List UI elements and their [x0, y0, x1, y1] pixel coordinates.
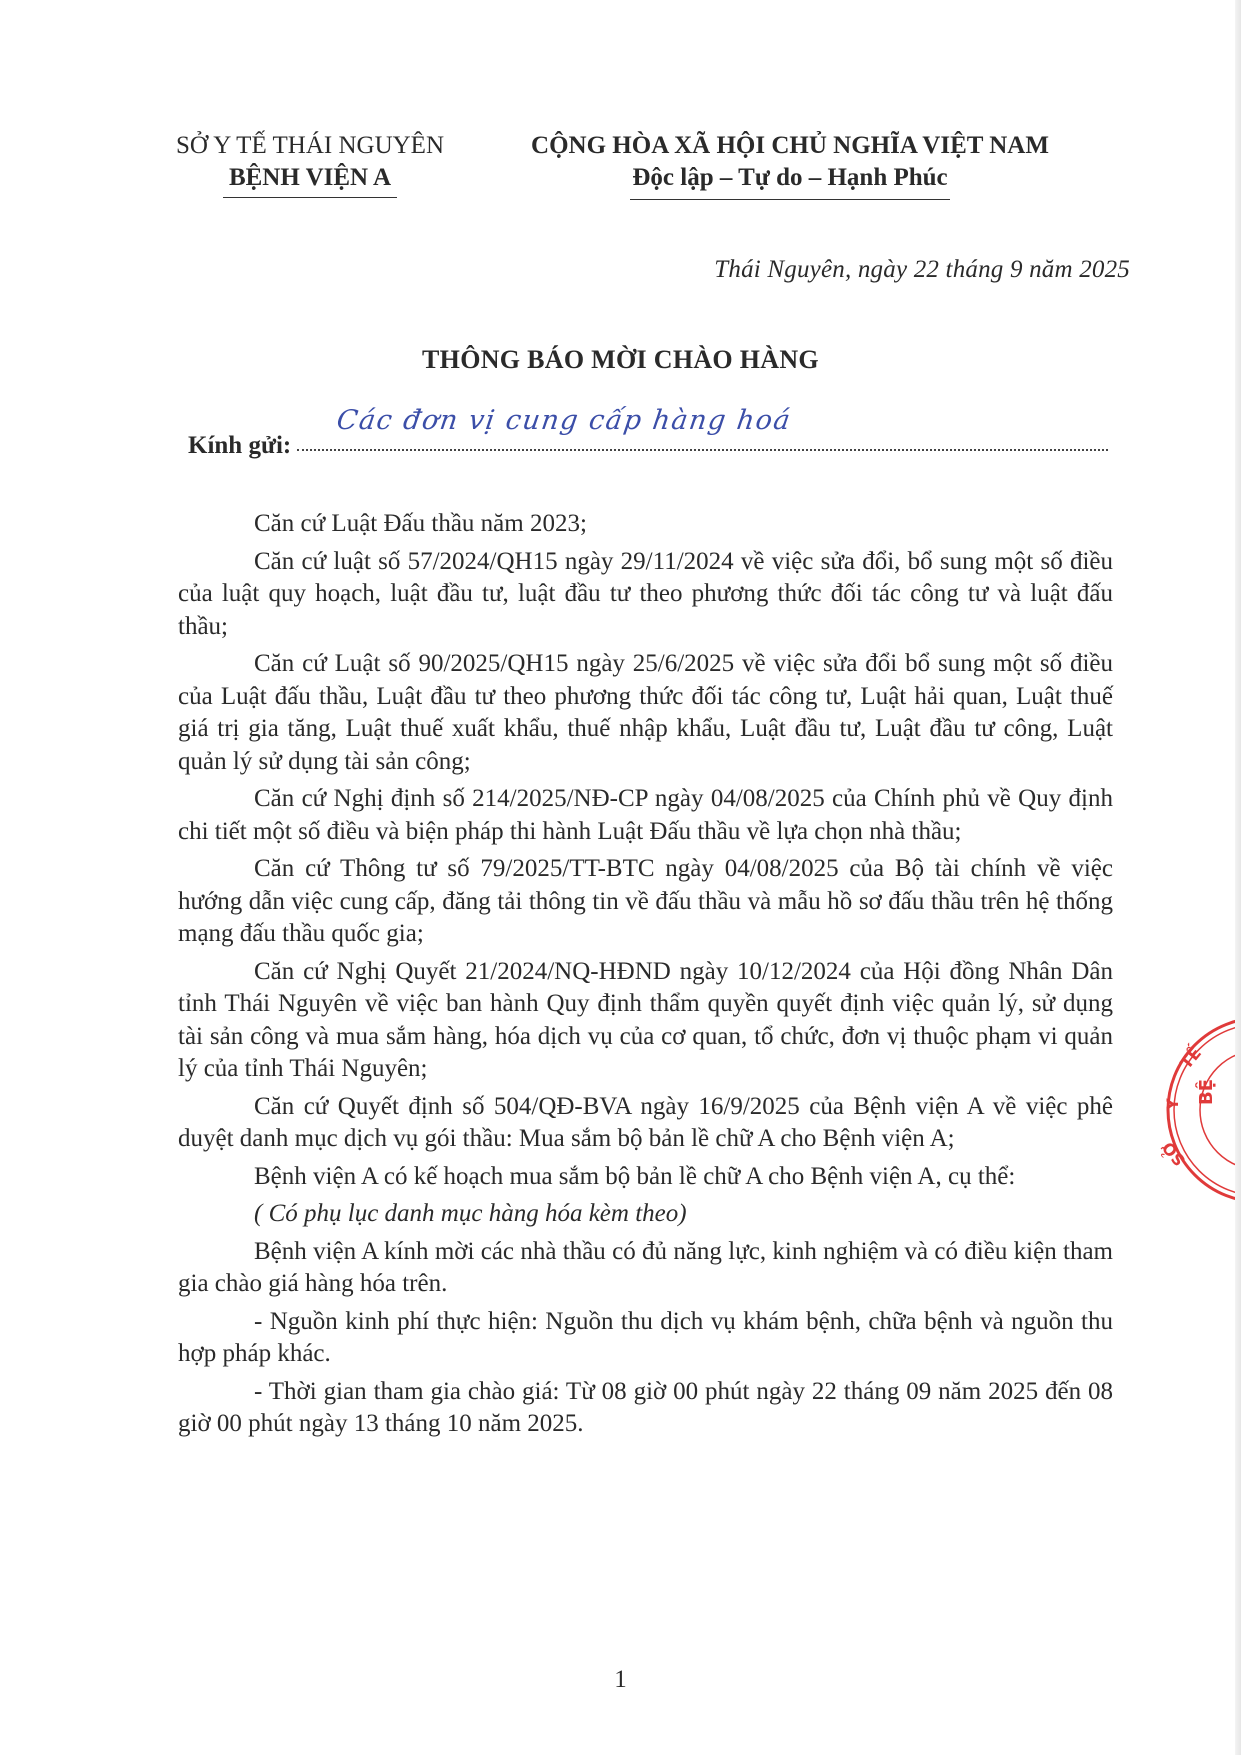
paragraph-appendix-note: ( Có phụ lục danh mục hàng hóa kèm theo)	[178, 1198, 1113, 1231]
national-header-block: CỘNG HÒA XÃ HỘI CHỦ NGHĨA VIỆT NAM Độc l…	[510, 130, 1070, 194]
parent-organization: SỞ Y TẾ THÁI NGUYÊN	[160, 130, 460, 162]
paragraph-basis-law-57: Căn cứ luật số 57/2024/QH15 ngày 29/11/2…	[178, 546, 1113, 644]
page-number: 1	[0, 1666, 1241, 1694]
organization-name: BỆNH VIỆN A	[229, 162, 391, 194]
salutation-line: Kính gửi: Các đơn vị cung cấp hàng hoá	[188, 425, 1108, 460]
paragraph-basis-circular-79: Căn cứ Thông tư số 79/2025/TT-BTC ngày 0…	[178, 853, 1113, 951]
document-body: Căn cứ Luật Đấu thầu năm 2023; Căn cứ lu…	[178, 508, 1113, 1446]
paragraph-basis-decision-504: Căn cứ Quyết định số 504/QĐ-BVA ngày 16/…	[178, 1091, 1113, 1156]
svg-text:TẾ: TẾ	[1175, 1042, 1205, 1072]
official-stamp-icon: TẾ Y SỞ BỆ	[1160, 1010, 1241, 1210]
svg-text:BỆ: BỆ	[1195, 1079, 1217, 1105]
document-page: SỞ Y TẾ THÁI NGUYÊN BỆNH VIỆN A CỘNG HÒA…	[0, 0, 1241, 1755]
handwritten-recipient: Các đơn vị cung cấp hàng hoá	[335, 405, 794, 436]
paragraph-funding-source: - Nguồn kinh phí thực hiện: Nguồn thu dị…	[178, 1306, 1113, 1371]
recipient-field: Các đơn vị cung cấp hàng hoá	[297, 423, 1108, 451]
nation-name: CỘNG HÒA XÃ HỘI CHỦ NGHĨA VIỆT NAM	[510, 130, 1070, 162]
place-date-line: Thái Nguyên, ngày 22 tháng 9 năm 2025	[560, 256, 1130, 284]
salutation-label: Kính gửi:	[188, 432, 291, 460]
svg-text:Y: Y	[1163, 1098, 1182, 1111]
issuing-authority-block: SỞ Y TẾ THÁI NGUYÊN BỆNH VIỆN A	[160, 130, 460, 194]
paragraph-basis-law-2023: Căn cứ Luật Đấu thầu năm 2023;	[178, 508, 1113, 541]
scan-edge	[1235, 0, 1241, 1755]
national-motto: Độc lập – Tự do – Hạnh Phúc	[632, 162, 947, 194]
paragraph-basis-law-90: Căn cứ Luật số 90/2025/QH15 ngày 25/6/20…	[178, 648, 1113, 778]
paragraph-procurement-plan: Bệnh viện A có kế hoạch mua sắm bộ bản l…	[178, 1161, 1113, 1194]
document-title: THÔNG BÁO MỜI CHÀO HÀNG	[0, 345, 1241, 375]
paragraph-invitation: Bệnh viện A kính mời các nhà thầu có đủ …	[178, 1236, 1113, 1301]
svg-text:SỞ: SỞ	[1160, 1138, 1189, 1171]
paragraph-basis-resolution-21: Căn cứ Nghị Quyết 21/2024/NQ-HĐND ngày 1…	[178, 956, 1113, 1086]
paragraph-basis-decree-214: Căn cứ Nghị định số 214/2025/NĐ-CP ngày …	[178, 783, 1113, 848]
paragraph-quotation-period: - Thời gian tham gia chào giá: Từ 08 giờ…	[178, 1376, 1113, 1441]
